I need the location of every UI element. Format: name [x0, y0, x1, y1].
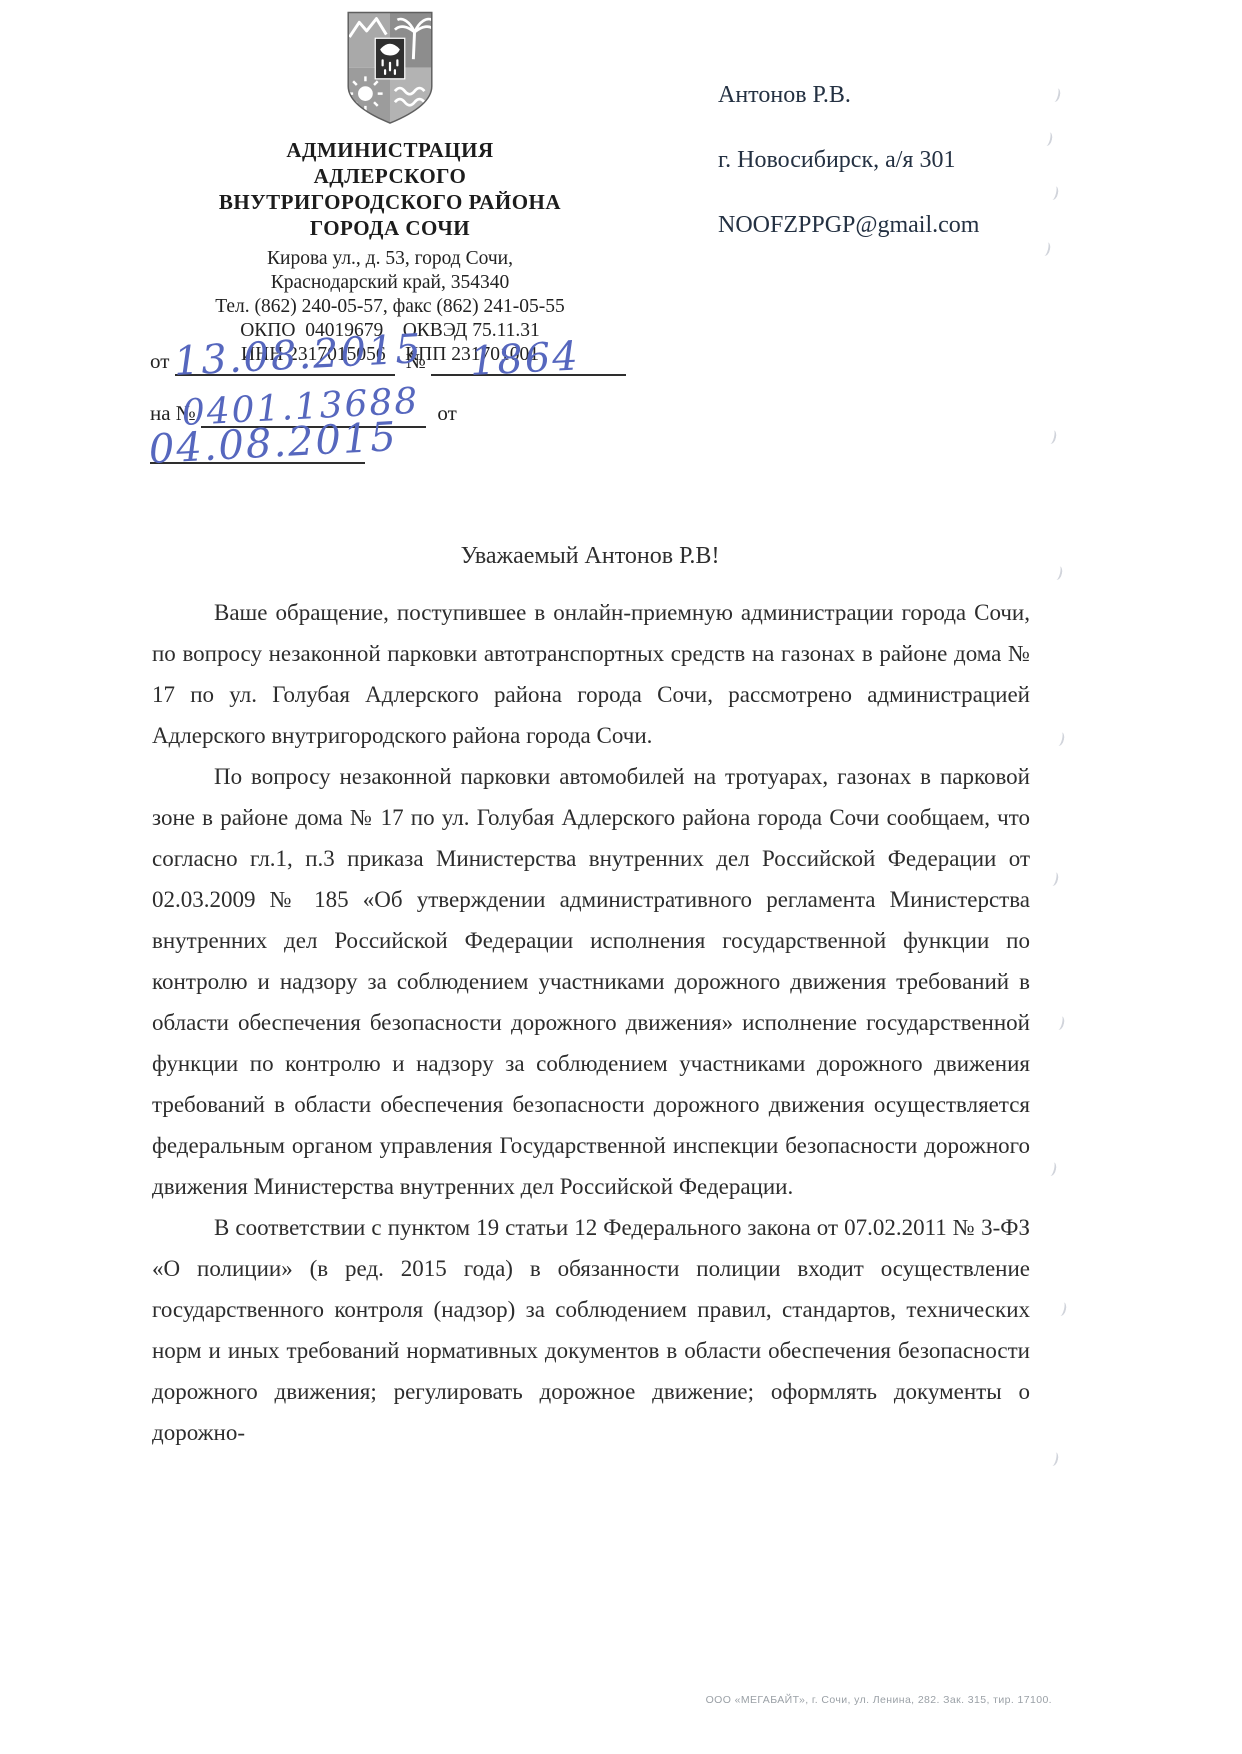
outgoing-date-label: от: [150, 349, 169, 376]
scan-artifact: [1050, 87, 1061, 103]
scan-artifact: [1046, 1161, 1057, 1177]
org-address-line: Кирова ул., д. 53, город Сочи,: [150, 247, 630, 271]
outgoing-number-line: 1864: [431, 340, 626, 376]
recipient-email: NOOFZPPGP@gmail.com: [718, 212, 979, 239]
recipient-name: Антонов Р.В.: [718, 82, 979, 109]
org-address-line: Краснодарский край, 354340: [150, 271, 630, 295]
recipient-block: Антонов Р.В. г. Новосибирск, а/я 301 NOO…: [718, 82, 979, 277]
scan-artifact: [1048, 1451, 1059, 1467]
salutation: Уважаемый Антонов Р.В!: [150, 543, 1030, 570]
outgoing-date-line: 13.08.2015: [175, 340, 395, 376]
scan-artifact: [1042, 131, 1053, 147]
scan-artifact: [1040, 241, 1051, 257]
org-name-line: ГОРОДА СОЧИ: [150, 215, 630, 241]
recipient-address: г. Новосибирск, а/я 301: [718, 147, 979, 174]
emblem-wrap: [150, 10, 630, 133]
org-name-line: ВНУТРИГОРОДСКОГО РАЙОНА: [150, 189, 630, 215]
outgoing-number-label: №: [406, 349, 426, 376]
body-paragraph: По вопросу незаконной парковки автомобил…: [152, 756, 1030, 1207]
scan-artifact: [1054, 731, 1065, 747]
incoming-ref-row: на № 0401.13688 от 04.08.2015: [150, 392, 650, 444]
incoming-date-line: 04.08.2015: [150, 428, 365, 464]
scanned-letter-page: АДМИНИСТРАЦИЯ АДЛЕРСКОГО ВНУТРИГОРОДСКОГ…: [0, 0, 1242, 1754]
outgoing-number-handwritten: 1864: [469, 336, 581, 382]
org-address-line: Тел. (862) 240-05-57, факс (862) 241-05-…: [150, 295, 630, 319]
body-paragraph: В соответствии с пунктом 19 статьи 12 Фе…: [152, 1207, 1030, 1453]
incoming-number-line: 0401.13688: [201, 392, 426, 428]
reference-block: от 13.08.2015 № 1864 на № 0401.13688 от …: [150, 340, 650, 444]
letter-body: Ваше обращение, поступившее в онлайн-при…: [152, 592, 1030, 1453]
body-paragraph: Ваше обращение, поступившее в онлайн-при…: [152, 592, 1030, 756]
org-name-line: АДЛЕРСКОГО: [150, 163, 630, 189]
incoming-date-label: от: [437, 401, 456, 428]
scan-artifact: [1048, 871, 1059, 887]
incoming-number-label: на №: [150, 401, 196, 428]
scan-artifact: [1046, 429, 1057, 445]
sochi-coat-of-arms-icon: [327, 115, 453, 132]
scan-artifact: [1052, 565, 1063, 581]
scan-artifact: [1048, 185, 1059, 201]
outgoing-ref-row: от 13.08.2015 № 1864: [150, 340, 650, 392]
scan-artifact: [1054, 1015, 1065, 1031]
letterhead: АДМИНИСТРАЦИЯ АДЛЕРСКОГО ВНУТРИГОРОДСКОГ…: [150, 10, 630, 367]
print-shop-footer: ООО «МЕГАБАЙТ», г. Сочи, ул. Ленина, 282…: [706, 1694, 1052, 1706]
org-name-line: АДМИНИСТРАЦИЯ: [150, 137, 630, 163]
scan-artifact: [1056, 1301, 1067, 1317]
org-name: АДМИНИСТРАЦИЯ АДЛЕРСКОГО ВНУТРИГОРОДСКОГ…: [150, 137, 630, 241]
